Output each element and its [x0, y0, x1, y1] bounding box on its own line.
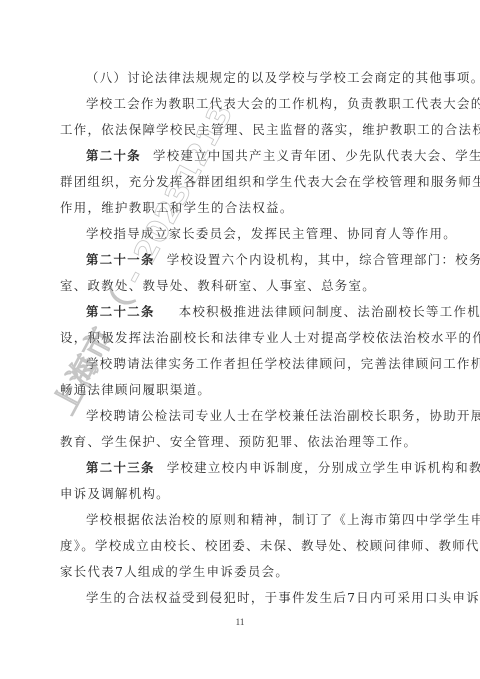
document-body: （八）讨论法律法规规定的以及学校与学校工会商定的其他事项。 学校工会作为教职工代… [60, 68, 422, 608]
paragraph-vice-principal-line2: 教育、学生保护、安全管理、预防犯罪、依法治理等工作。 [60, 432, 422, 452]
article-22-line1: 第二十二条本校积极推进法律顾问制度、法治副校长等工作机制建 [60, 302, 422, 322]
paragraph-student-rights: 学生的合法权益受到侵犯时，于事件发生后7日内可采用口头申诉或提 [60, 588, 422, 608]
article-20-label: 第二十条 [86, 148, 141, 163]
paragraph-union-line1: 学校工会作为教职工代表大会的工作机构，负责教职工代表大会的日常 [60, 94, 422, 114]
article-21-label: 第二十一条 [86, 252, 155, 267]
article-22-label: 第二十二条 [86, 304, 155, 319]
article-23-label: 第二十三条 [86, 460, 155, 475]
paragraph-vice-principal-line1: 学校聘请公检法司专业人士在学校兼任法治副校长职务，协助开展法治 [60, 406, 422, 426]
article-23-text: 学校建立校内申诉制度，分别成立学生申诉机构和教职工 [167, 460, 480, 475]
article-21-line1: 第二十一条学校设置六个内设机构，其中，综合管理部门：校务办公 [60, 250, 422, 270]
article-21-line2: 室、政教处、教导处、教科研室、人事室、总务室。 [60, 276, 422, 296]
paragraph-item-8: （八）讨论法律法规规定的以及学校与学校工会商定的其他事项。 [60, 68, 422, 88]
paragraph-counsel-line2: 畅通法律顾问履职渠道。 [60, 380, 422, 400]
article-20-line3: 作用，维护教职工和学生的合法权益。 [60, 198, 422, 218]
article-22-text: 本校积极推进法律顾问制度、法治副校长等工作机制建 [179, 304, 480, 319]
paragraph-appeal-rules-line3: 家长代表7人组成的学生申诉委员会。 [60, 562, 422, 582]
paragraph-counsel-line1: 学校聘请法律实务工作者担任学校法律顾问，完善法律顾问工作机制， [60, 354, 422, 374]
article-20-line2: 群团组织，充分发挥各群团组织和学生代表大会在学校管理和服务师生中的 [60, 172, 422, 192]
paragraph-union-line2: 工作，依法保障学校民主管理、民主监督的落实，维护教职工的合法权益。 [60, 120, 422, 140]
article-23-line1: 第二十三条学校建立校内申诉制度，分别成立学生申诉机构和教职工 [60, 458, 422, 478]
article-20-text: 学校建立中国共产主义青年团、少先队代表大会、学生会等 [153, 148, 480, 163]
article-22-line2: 设，积极发挥法治副校长和法律专业人士对提高学校依法治校水平的作用。 [60, 328, 422, 348]
page-number: 11 [0, 617, 480, 627]
paragraph-appeal-rules-line1: 学校根据依法治校的原则和精神，制订了《上海市第四中学学生申诉制 [60, 510, 422, 530]
article-23-line2: 申诉及调解机构。 [60, 484, 422, 504]
paragraph-appeal-rules-line2: 度》。学校成立由校长、校团委、未保、教导处、校顾问律师、教师代表、 [60, 536, 422, 556]
article-21-text: 学校设置六个内设机构，其中，综合管理部门：校务办公 [167, 252, 480, 267]
document-page: （八）讨论法律法规规定的以及学校与学校工会商定的其他事项。 学校工会作为教职工代… [0, 0, 480, 679]
paragraph-parents-committee: 学校指导成立家长委员会，发挥民主管理、协同育人等作用。 [60, 224, 422, 244]
article-20-line1: 第二十条学校建立中国共产主义青年团、少先队代表大会、学生会等 [60, 146, 422, 166]
